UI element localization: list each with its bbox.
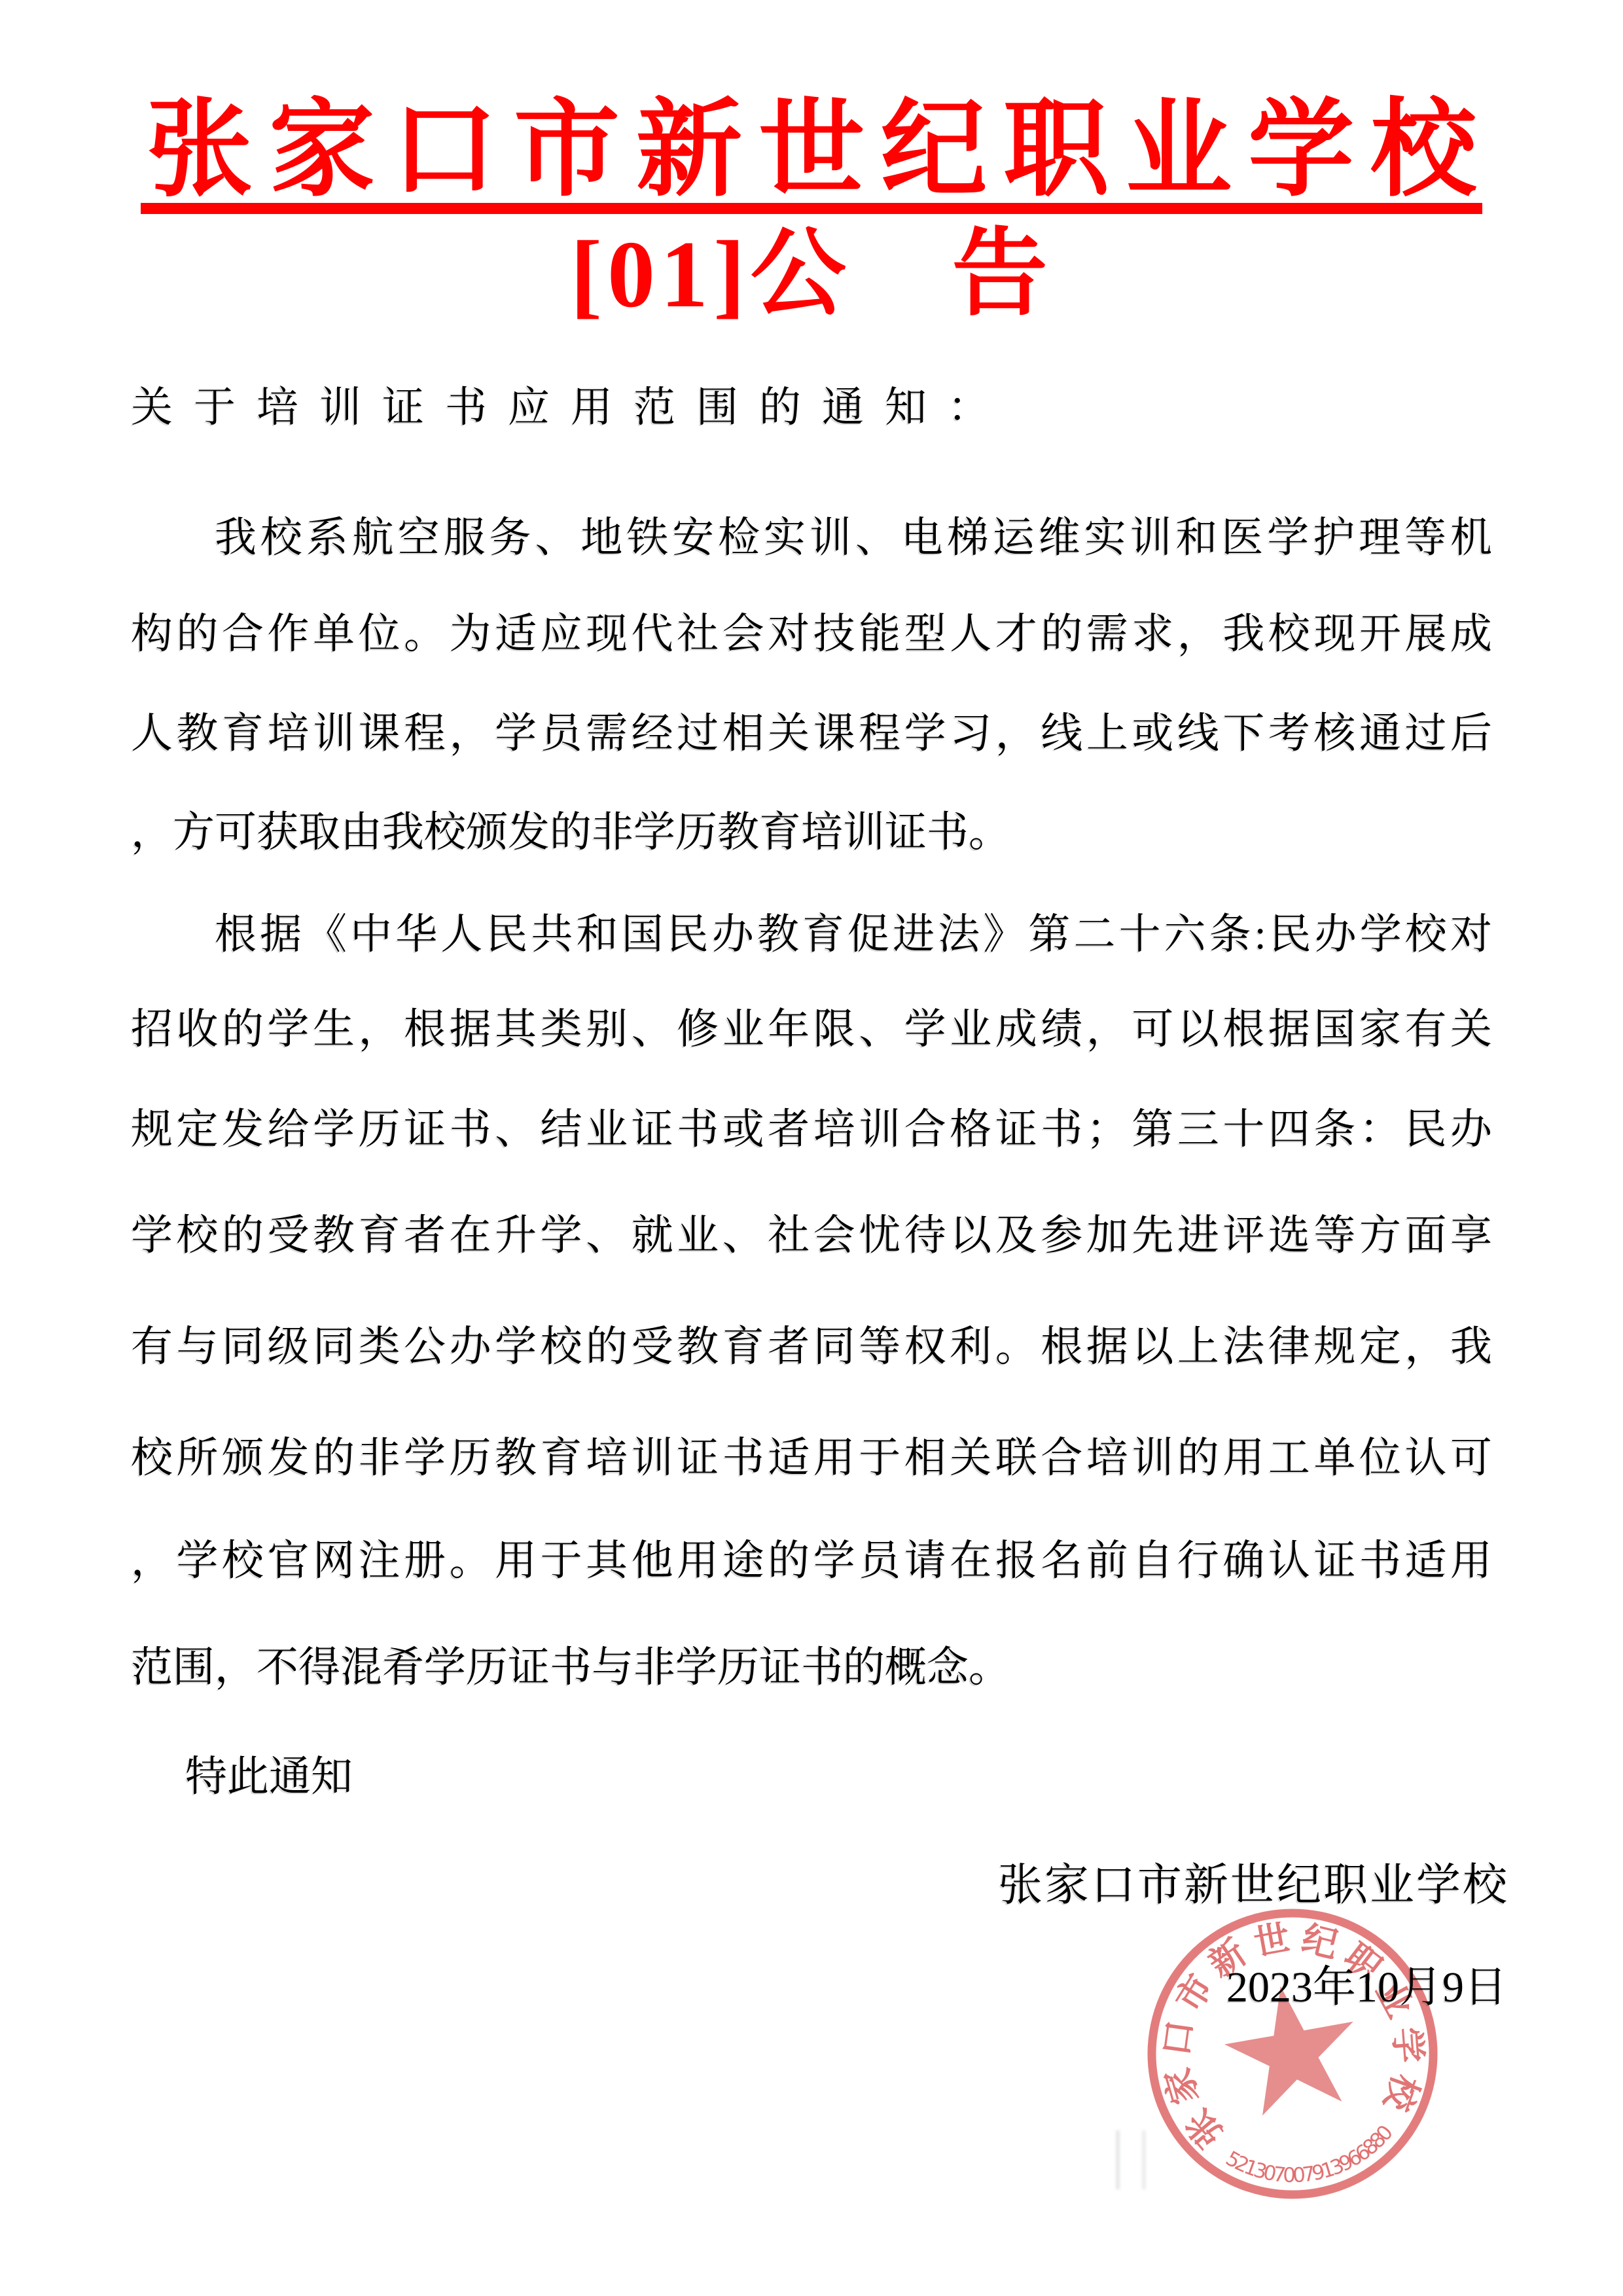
body-line: 人教育培训课程，学员需经过相关课程学习，线上或线下考核通过后 (131, 709, 1492, 759)
subject-line: 关于培训证书应用范围的通知： (131, 387, 1010, 429)
official-seal-stamp: 张家口市新世纪职业学校 521307007913966880 (1135, 1897, 1450, 2211)
document-title: 张家口市新世纪职业学校 (0, 98, 1623, 204)
stamp-group: 张家口市新世纪职业学校 521307007913966880 (1135, 1897, 1450, 2211)
body-line: 招收的学生，根据其类别、修业年限、学业成绩，可以根据国家有关 (131, 1005, 1492, 1055)
closing-phrase: 特此通知 (185, 1756, 353, 1798)
body-line: 校所颁发的非学历教育培训证书适用于相关联合培训的用工单位认可 (131, 1433, 1492, 1484)
body-line: 学校的受教育者在升学、就业、社会忧待以及参加先进评选等方面享 (131, 1211, 1492, 1261)
body-line: ，学校官网注册。用于其他用途的学员请在报名前自行确认证书适用 (131, 1536, 1492, 1587)
document-subtitle: [01]公 告 (0, 226, 1623, 322)
body-line: 有与同级同类公办学校的受教育者同等权利。根据以上法律规定，我 (131, 1322, 1492, 1372)
title-underline-bar (141, 203, 1482, 214)
announcement-page: { "document": { "title_line1": "张家口市新世纪职… (0, 0, 1623, 2296)
star-icon (1216, 1975, 1366, 2120)
body-line: 规定发给学历证书、结业证书或者培训合格证书；第三十四条：民办 (131, 1105, 1492, 1155)
body-line: ，方可获取由我校颁发的非学历教育培训证书。 (131, 808, 1492, 858)
body-line: 我校系航空服务、地铁安检实训、电梯运维实训和医学护理等机 (131, 513, 1492, 564)
body-line: 范围，不得混肴学历证书与非学历证书的概念。 (131, 1643, 1492, 1693)
body-line: 根据《中华人民共和国民办教育促进法》第二十六条:民办学校对 (131, 910, 1492, 960)
body-line: 构的合作单位。为适应现代社会对技能型人才的需求，我校现开展成 (131, 609, 1492, 660)
